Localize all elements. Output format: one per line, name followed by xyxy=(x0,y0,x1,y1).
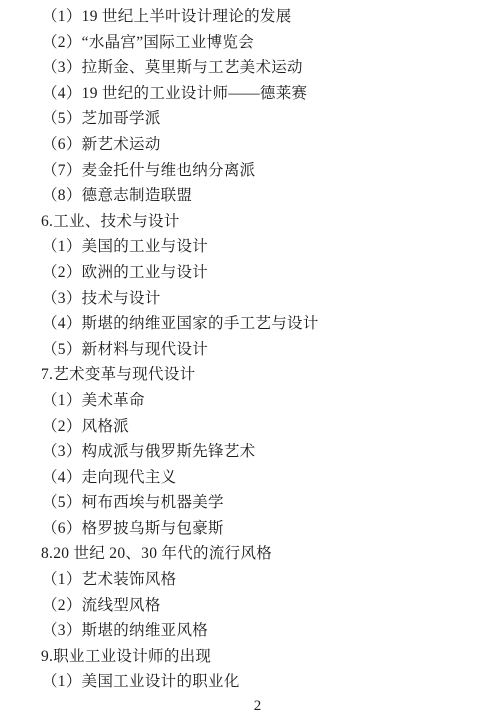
toc-sub-item: （5）柯布西埃与机器美学 xyxy=(0,490,497,516)
toc-sub-item: （2）流线型风格 xyxy=(0,593,497,619)
toc-sub-item: （5）新材料与现代设计 xyxy=(0,337,497,363)
toc-sub-item: （6）新艺术运动 xyxy=(0,132,497,158)
toc-sub-item: （1）艺术装饰风格 xyxy=(0,567,497,593)
toc-sub-item: （5）芝加哥学派 xyxy=(0,106,497,132)
toc-sub-item: （2）欧洲的工业与设计 xyxy=(0,260,497,286)
toc-sub-item: （1）美国的工业与设计 xyxy=(0,234,497,260)
toc-sub-item: （1）美术革命 xyxy=(0,388,497,414)
toc-sub-item: （1）美国工业设计的职业化 xyxy=(0,669,497,695)
toc-sub-item: （1）19 世纪上半叶设计理论的发展 xyxy=(0,4,497,30)
toc-section-item: 9.职业工业设计师的出现 xyxy=(0,644,497,670)
document-page: （1）19 世纪上半叶设计理论的发展 （2）“水晶宫”国际工业博览会 （3）拉斯… xyxy=(0,0,497,726)
toc-sub-item: （3）斯堪的纳维亚风格 xyxy=(0,618,497,644)
toc-sub-item: （3）构成派与俄罗斯先锋艺术 xyxy=(0,439,497,465)
toc-sub-item: （4）19 世纪的工业设计师——德莱赛 xyxy=(0,81,497,107)
toc-sub-item: （8）德意志制造联盟 xyxy=(0,183,497,209)
toc-section-item: 6.工业、技术与设计 xyxy=(0,209,497,235)
toc-sub-item: （4）斯堪的纳维亚国家的手工艺与设计 xyxy=(0,311,497,337)
toc-section-item: 8.20 世纪 20、30 年代的流行风格 xyxy=(0,541,497,567)
toc-section-item: 7.艺术变革与现代设计 xyxy=(0,362,497,388)
page-number: 2 xyxy=(9,698,497,715)
toc-sub-item: （3）技术与设计 xyxy=(0,286,497,312)
toc-sub-item: （2）风格派 xyxy=(0,414,497,440)
toc-sub-item: （7）麦金托什与维也纳分离派 xyxy=(0,158,497,184)
table-of-contents: （1）19 世纪上半叶设计理论的发展 （2）“水晶宫”国际工业博览会 （3）拉斯… xyxy=(0,0,497,695)
toc-sub-item: （3）拉斯金、莫里斯与工艺美术运动 xyxy=(0,55,497,81)
toc-sub-item: （6）格罗披乌斯与包豪斯 xyxy=(0,516,497,542)
toc-sub-item: （4）走向现代主义 xyxy=(0,465,497,491)
toc-sub-item: （2）“水晶宫”国际工业博览会 xyxy=(0,30,497,56)
